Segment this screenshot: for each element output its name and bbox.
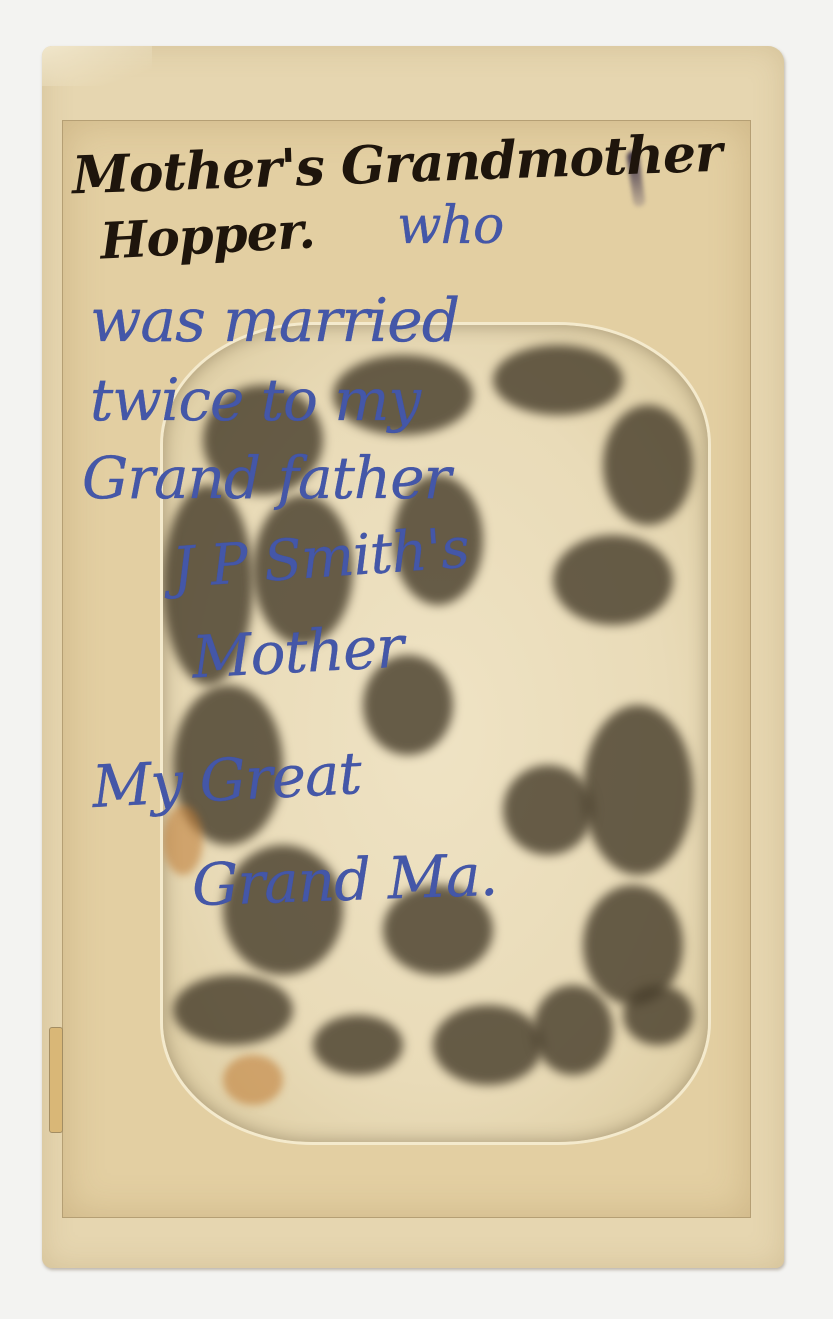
- stain: [533, 985, 613, 1075]
- stain: [603, 405, 693, 525]
- rust-stain: [223, 1055, 283, 1105]
- inscription-line-2: Hopper.: [99, 200, 316, 270]
- stain: [623, 985, 693, 1045]
- inscription-line-mother: Mother: [190, 613, 404, 692]
- stain: [553, 535, 673, 625]
- photo-card: Mother's Grandmother Hopper. who was mar…: [42, 46, 784, 1268]
- stain: [583, 705, 693, 875]
- inscription-line-twice: twice to my: [90, 366, 420, 434]
- inscription-line-who: who: [397, 196, 503, 256]
- stain: [173, 975, 293, 1045]
- stain: [313, 1015, 403, 1075]
- inscription-line-grand-ma: Grand Ma.: [191, 841, 498, 920]
- card-corner-wear: [42, 46, 152, 86]
- inscription-line-was-married: was married: [90, 286, 459, 356]
- stain: [433, 1005, 543, 1085]
- stain: [493, 345, 623, 415]
- inner-mount-panel: [62, 120, 751, 1218]
- inscription-line-my-great: My Great: [90, 739, 362, 821]
- inscription-line-grand-father: Grand father: [82, 444, 450, 512]
- torn-edge-mark: [49, 1027, 63, 1133]
- stain: [503, 765, 593, 855]
